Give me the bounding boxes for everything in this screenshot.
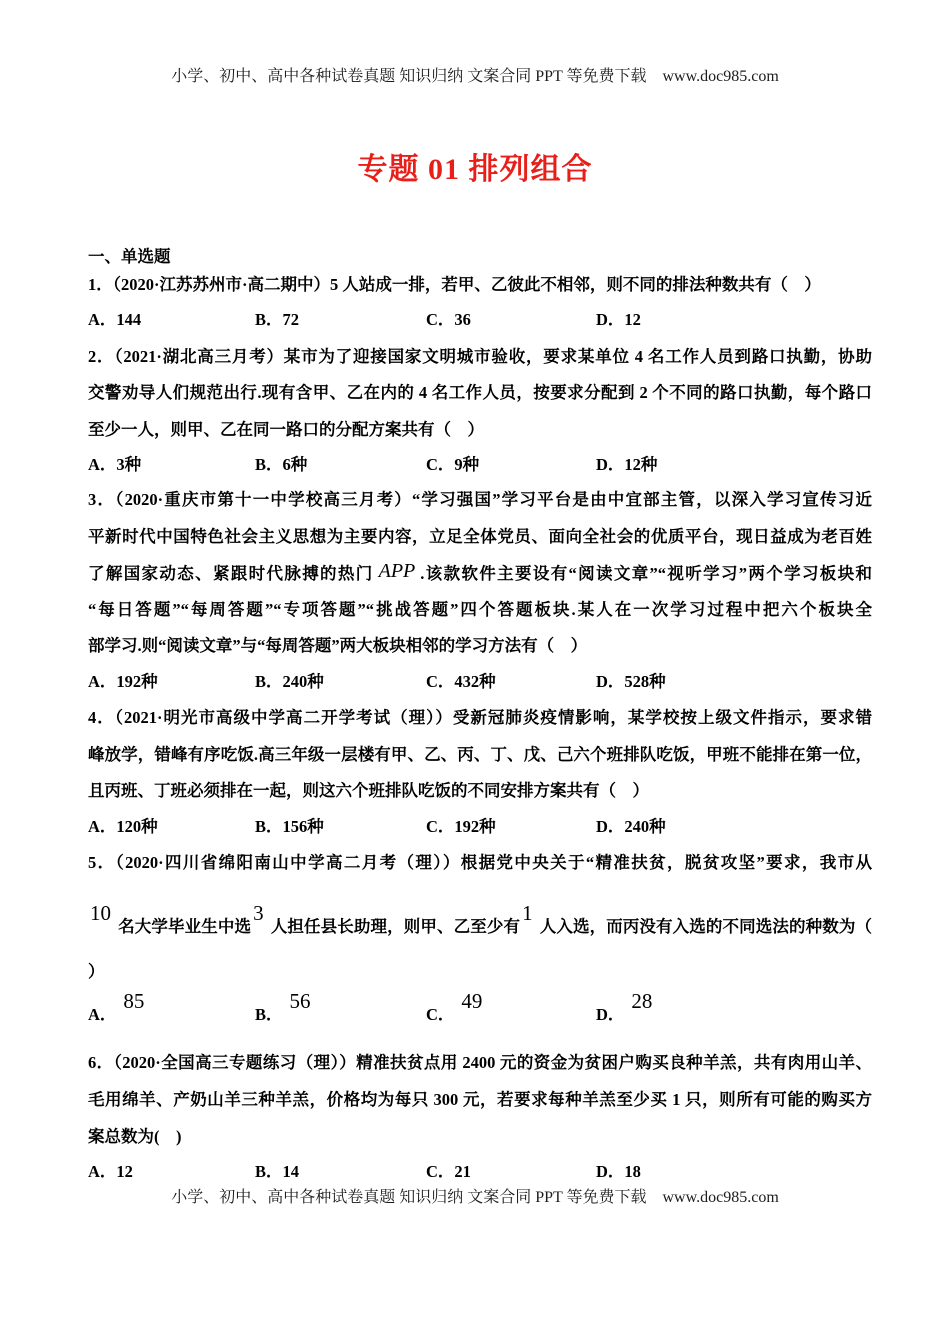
question-2-line-1: 2．（2021·湖北高三月考）某市为了迎接国家文明城市验收，要求某单位 4 名工…	[88, 344, 872, 370]
option-value: 144	[116, 310, 141, 329]
math-number: 3	[253, 901, 264, 925]
question-1-option-b: B．72	[255, 307, 299, 333]
option-label: A．	[88, 1005, 116, 1024]
question-2-line-2: 交警劝导人们规范出行.现有含甲、乙在内的 4 名工作人员，按要求分配到 2 个不…	[88, 380, 872, 406]
question-6-option-a: A．12	[88, 1159, 133, 1185]
question-4-option-b: B．156种	[255, 814, 324, 840]
question-2-line-3: 至少一人，则甲、乙在同一路口的分配方案共有（ ）	[88, 417, 872, 443]
question-3-option-b: B．240种	[255, 669, 324, 695]
option-label: A．	[88, 310, 116, 329]
option-label: A．	[88, 1162, 116, 1181]
option-value: 192种	[116, 672, 157, 691]
question-5-line-2: 10名大学毕业生中选3人担任县长助理，则甲、乙至少有1人入选，而丙没有入选的不同…	[88, 912, 872, 940]
option-label: A．	[88, 672, 116, 691]
option-value: 120种	[116, 817, 157, 836]
question-3-option-a: A．192种	[88, 669, 158, 695]
text-segment: .该款软件主要设有“阅读文章”“视听学习”两个学习板块和	[420, 564, 872, 583]
question-3-option-d: D．528种	[596, 669, 666, 695]
question-3-line-1: 3．（2020·重庆市第十一中学校高三月考）“学习强国”学习平台是由中宜部主管，…	[88, 487, 872, 513]
question-3-line-3: 了解国家动态、紧跟时代脉搏的热门APP.该款软件主要设有“阅读文章”“视听学习”…	[88, 560, 872, 587]
option-value: 72	[283, 310, 300, 329]
footer-text: 小学、初中、高中各种试卷真题 知识归纳 文案合同 PPT 等免费下载 www.d…	[0, 1185, 950, 1211]
option-value: 12种	[624, 455, 657, 474]
question-6-option-c: C．21	[426, 1159, 471, 1185]
option-label: C．	[426, 455, 454, 474]
math-number: 1	[522, 901, 533, 925]
option-value: 192种	[454, 817, 495, 836]
option-label: C．	[426, 672, 454, 691]
question-2-option-a: A．3种	[88, 452, 141, 478]
question-1-option-c: C．36	[426, 307, 471, 333]
option-label: C．	[426, 310, 454, 329]
option-value: 9种	[454, 455, 479, 474]
option-value: 28	[631, 989, 652, 1013]
option-value: 21	[454, 1162, 471, 1181]
math-number: 10	[90, 901, 111, 925]
option-label: B．	[255, 672, 283, 691]
option-label: D．	[596, 1005, 624, 1024]
option-value: 56	[290, 989, 311, 1013]
question-2-option-c: C．9种	[426, 452, 479, 478]
document-page: 小学、初中、高中各种试卷真题 知识归纳 文案合同 PPT 等免费下载 www.d…	[0, 0, 950, 1344]
option-label: A．	[88, 817, 116, 836]
option-value: 240种	[624, 817, 665, 836]
question-4-option-d: D．240种	[596, 814, 666, 840]
option-value: 6种	[283, 455, 308, 474]
question-3-line-2: 平新时代中国特色社会主义思想为主要内容，立足全体党员、面向全社会的优质平台，现日…	[88, 524, 872, 550]
question-4-option-c: C．192种	[426, 814, 496, 840]
question-4-line-1: 4．（2021·明光市高级中学高二开学考试（理））受新冠肺炎疫情影响，某学校按上…	[88, 705, 872, 731]
question-1-line-1: 1．（2020·江苏苏州市·高二期中）5 人站成一排，若甲、乙彼此不相邻，则不同…	[88, 272, 872, 298]
question-5-option-b: B．56	[255, 1000, 311, 1028]
option-label: D．	[596, 817, 624, 836]
option-label: D．	[596, 672, 624, 691]
option-value: 240种	[283, 672, 324, 691]
question-1-option-d: D．12	[596, 307, 641, 333]
option-label: D．	[596, 1162, 624, 1181]
question-3-line-4: “每日答题”“每周答题”“专项答题”“挑战答题”四个答题板块.某人在一次学习过程…	[88, 597, 872, 623]
option-value: 18	[624, 1162, 641, 1181]
text-segment: 人担任县长助理，则甲、乙至少有	[271, 917, 520, 936]
question-2-option-b: B．6种	[255, 452, 307, 478]
question-4-option-a: A．120种	[88, 814, 158, 840]
option-label: C．	[426, 1162, 454, 1181]
option-label: B．	[255, 1162, 283, 1181]
option-value: 12	[624, 310, 641, 329]
question-5-option-d: D．28	[596, 1000, 652, 1028]
option-value: 528种	[624, 672, 665, 691]
option-value: 156种	[283, 817, 324, 836]
option-label: A．	[88, 455, 116, 474]
option-value: 36	[454, 310, 471, 329]
question-6-option-b: B．14	[255, 1159, 299, 1185]
section-heading: 一、单选题	[88, 244, 872, 270]
text-segment: 人入选，而丙没有入选的不同选法的种数为（	[540, 917, 872, 936]
question-6-line-3: 案总数为( )	[88, 1124, 872, 1150]
option-label: C．	[426, 1005, 454, 1024]
question-6-option-d: D．18	[596, 1159, 641, 1185]
option-value: 12	[116, 1162, 133, 1181]
option-label: D．	[596, 455, 624, 474]
text-segment: 了解国家动态、紧跟时代脉搏的热门	[88, 564, 374, 583]
option-label: D．	[596, 310, 624, 329]
option-value: 432种	[454, 672, 495, 691]
page-title: 专题 01 排列组合	[0, 149, 950, 191]
question-3-option-c: C．432种	[426, 669, 496, 695]
question-5-option-a: A．85	[88, 1000, 144, 1028]
question-4-line-3: 且丙班、丁班必须排在一起，则这六个班排队吃饭的不同安排方案共有（ ）	[88, 778, 872, 804]
option-label: B．	[255, 1005, 283, 1024]
option-value: 85	[123, 989, 144, 1013]
option-label: B．	[255, 455, 283, 474]
option-value: 14	[283, 1162, 300, 1181]
question-6-line-1: 6．（2020·全国高三专题练习（理））精准扶贫点用 2400 元的资金为贫困户…	[88, 1050, 872, 1076]
question-2-option-d: D．12种	[596, 452, 657, 478]
question-3-line-5: 部学习.则“阅读文章”与“每周答题”两大板块相邻的学习方法有（ ）	[88, 633, 872, 659]
option-label: B．	[255, 817, 283, 836]
option-value: 49	[461, 989, 482, 1013]
header-text: 小学、初中、高中各种试卷真题 知识归纳 文案合同 PPT 等免费下载 www.d…	[0, 64, 950, 90]
option-value: 3种	[116, 455, 141, 474]
question-5-line-3: ）	[88, 959, 872, 985]
option-label: B．	[255, 310, 283, 329]
math-term-app: APP	[379, 560, 416, 582]
option-label: C．	[426, 817, 454, 836]
question-6-line-2: 毛用绵羊、产奶山羊三种羊羔，价格均为每只 300 元，若要求每种羊羔至少买 1 …	[88, 1087, 872, 1113]
question-5-line-1: 5．（2020·四川省绵阳南山中学高二月考（理））根据党中央关于“精准扶贫，脱贫…	[88, 850, 872, 876]
question-5-option-c: C．49	[426, 1000, 482, 1028]
question-1-option-a: A．144	[88, 307, 141, 333]
text-segment: 名大学毕业生中选	[118, 917, 251, 936]
question-4-line-2: 峰放学，错峰有序吃饭.高三年级一层楼有甲、乙、丙、丁、戊、己六个班排队吃饭，甲班…	[88, 742, 872, 768]
